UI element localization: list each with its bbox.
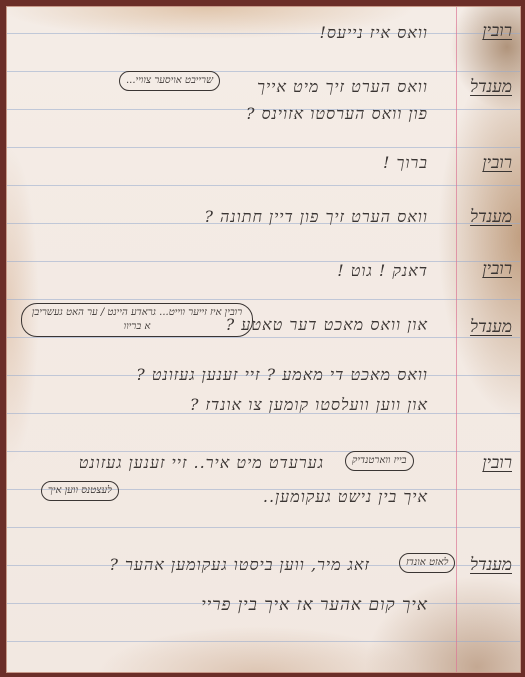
speaker-label: רובין — [482, 153, 512, 173]
dialogue-line: וואס הערט זיך מיט אייך — [257, 77, 428, 97]
dialogue-line: איך בין נישט געקומען.. — [263, 487, 428, 507]
dialogue-line: זאג מיר, ווען ביסטו געקומען אהער ? — [109, 555, 370, 575]
speaker-label: מענדל — [470, 317, 512, 337]
annotation-bubble: שרייבט אויסער צוויי... — [119, 71, 220, 91]
dialogue-line: וואס איז נייעס! — [320, 23, 429, 43]
dialogue-line: און ווען וועלסטו קומען צו אונדז ? — [190, 395, 428, 415]
page-frame: רובין וואס איז נייעס! מענדל וואס הערט זי… — [0, 0, 525, 677]
speaker-label: רובין — [482, 259, 512, 279]
dialogue-line: גערעדט מיט איר.. זיי זענען געזונט — [79, 453, 324, 473]
speaker-label: מענדל — [470, 555, 512, 575]
speaker-label: מענדל — [470, 207, 512, 227]
annotation-bubble: בייז ווארטנדיק — [345, 451, 414, 471]
margin-line — [456, 7, 457, 672]
annotation-bubble: לאזט אונדז — [399, 553, 455, 573]
dialogue-line: וואס הערט זיך פון דיין חתונה ? — [204, 207, 428, 227]
dialogue-line: ברוך ! — [383, 153, 428, 173]
speaker-label: רובין — [482, 453, 512, 473]
dialogue-line: וואס מאכט די מאמע ? זיי זענען געזונט ? — [136, 365, 428, 385]
dialogue-line: פון וואס הערסטו אזוינס ? — [246, 104, 428, 124]
speaker-label: מענדל — [470, 77, 512, 97]
dialogue-line: און וואס מאכט דער טאטע ? — [226, 315, 428, 335]
dialogue-line: איך קום אהער אז איך בין פריי — [201, 595, 428, 615]
speaker-label: רובין — [482, 21, 512, 41]
notebook-page: רובין וואס איז נייעס! מענדל וואס הערט זי… — [6, 6, 521, 673]
annotation-bubble: לעצטנס ווען איך — [41, 481, 119, 501]
dialogue-line: דאנק ! גוט ! — [337, 261, 428, 281]
annotation-bubble: רובין איז זייער ווייט... גראדע היינט / ע… — [21, 303, 253, 337]
